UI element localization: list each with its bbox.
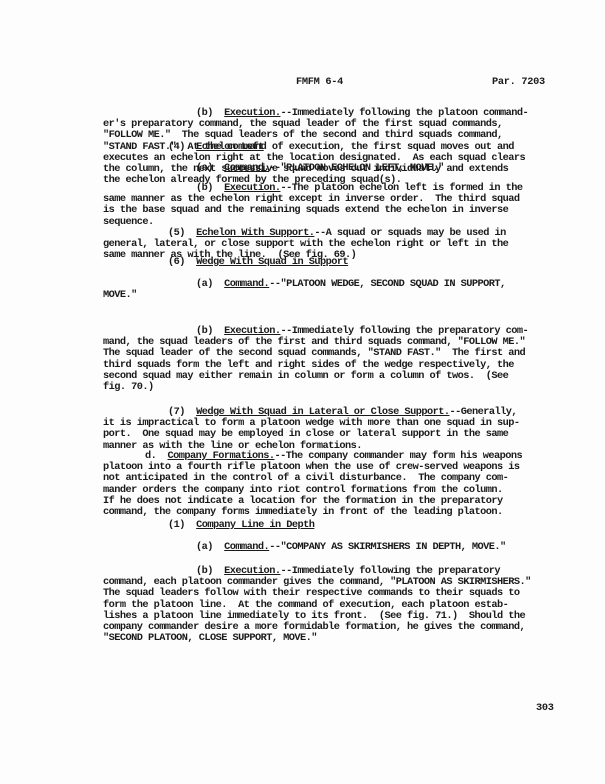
section-heading: Echelon Left <box>196 141 264 153</box>
paragraph-text: --"PLATOON ECHELON LEFT, MOVE." <box>269 162 444 174</box>
paragraph-line: not anticipated in the control of a civi… <box>103 473 508 484</box>
document-page: FMFM 6-4 Par. 7203 (b) Execution.--Immed… <box>0 0 605 784</box>
paragraph-first-line: (1) Company Line in Depth <box>168 520 314 531</box>
item-label: (5) <box>168 227 185 239</box>
section-heading: Command. <box>224 278 269 290</box>
paragraph-line: third squads form the left and right sid… <box>103 360 514 371</box>
document-id: FMFM 6-4 <box>296 76 343 88</box>
paragraph-text: --Generally, <box>449 406 517 418</box>
section-heading: Execution. <box>224 107 280 119</box>
paragraph-line: second squad may either remain in column… <box>103 371 508 382</box>
paragraph-line: form the platoon line. At the command of… <box>103 600 508 611</box>
paragraph-text: --The company commander may form his wea… <box>275 450 523 462</box>
item-label: (7) <box>168 406 185 418</box>
paragraph-line: "SECOND PLATOON, CLOSE SUPPORT, MOVE." <box>103 633 317 644</box>
paragraph-line: is the base squad and the remaining squa… <box>103 205 508 216</box>
paragraph-first-line: (6) Wedge With Squad in Support <box>168 257 348 268</box>
paragraph-text: --Immediately following the platoon comm… <box>280 107 528 119</box>
section-heading: Command. <box>224 162 269 174</box>
section-heading: Company Line in Depth <box>196 519 314 531</box>
paragraph-line: MOVE." <box>103 290 137 301</box>
section-heading: Wedge With Squad in Lateral or Close Sup… <box>196 406 449 418</box>
item-label: (b) <box>196 565 213 577</box>
paragraph-line: command, the company forms immediately i… <box>103 507 503 518</box>
page-number: 303 <box>536 702 554 714</box>
paragraph-line: mander orders the company into riot cont… <box>103 485 503 496</box>
section-heading: Command. <box>224 541 269 553</box>
paragraph-line: port. One squad may be employed in close… <box>103 429 508 440</box>
section-heading: Execution. <box>224 325 280 337</box>
paragraph-text: --The platoon echelon left is formed in … <box>280 182 522 194</box>
section-heading: Company Formations. <box>168 450 275 462</box>
paragraph-line: fig. 70.) <box>103 382 154 393</box>
item-label: (b) <box>196 107 213 119</box>
paragraph-text: --A squad or squads may be used in <box>314 227 505 239</box>
section-heading: Execution. <box>224 565 280 577</box>
paragraph-line: The squad leader of the second squad com… <box>103 348 525 359</box>
item-label: (b) <box>196 325 213 337</box>
paragraph-number: Par. 7203 <box>492 76 545 88</box>
paragraph-first-line: (a) Command.--"PLATOON ECHELON LEFT, MOV… <box>196 163 444 174</box>
item-label: (a) <box>196 541 213 553</box>
item-label: (b) <box>196 182 213 194</box>
item-label: (1) <box>168 519 185 531</box>
item-label: (6) <box>168 256 185 268</box>
paragraph-text: --Immediately following the preparatory … <box>280 325 528 337</box>
item-label: (a) <box>196 162 213 174</box>
section-heading: Wedge With Squad in Support <box>196 256 348 268</box>
section-heading: Execution. <box>224 182 280 194</box>
section-heading: Echelon With Support. <box>196 227 314 239</box>
item-label: d. <box>145 450 156 462</box>
paragraph-text: --"PLATOON WEDGE, SECOND SQUAD IN SUPPOR… <box>269 278 505 290</box>
paragraph-line: sequence. <box>103 217 154 228</box>
item-label: (a) <box>196 278 213 290</box>
paragraph-line: "FOLLOW ME." The squad leaders of the se… <box>103 130 503 141</box>
paragraph-text: --Immediately following the preparatory <box>280 565 500 577</box>
paragraph-line: The squad leaders follow with their resp… <box>103 588 520 599</box>
paragraph-first-line: (a) Command.--"PLATOON WEDGE, SECOND SQU… <box>196 279 506 290</box>
paragraph-first-line: (4) Echelon Left <box>168 142 264 153</box>
paragraph-first-line: (a) Command.--"COMPANY AS SKIRMISHERS IN… <box>196 542 506 553</box>
paragraph-line: "STAND FAST." At the command of executio… <box>103 142 514 153</box>
paragraph-text: --"COMPANY AS SKIRMISHERS IN DEPTH, MOVE… <box>269 541 505 553</box>
item-label: (4) <box>168 141 185 153</box>
